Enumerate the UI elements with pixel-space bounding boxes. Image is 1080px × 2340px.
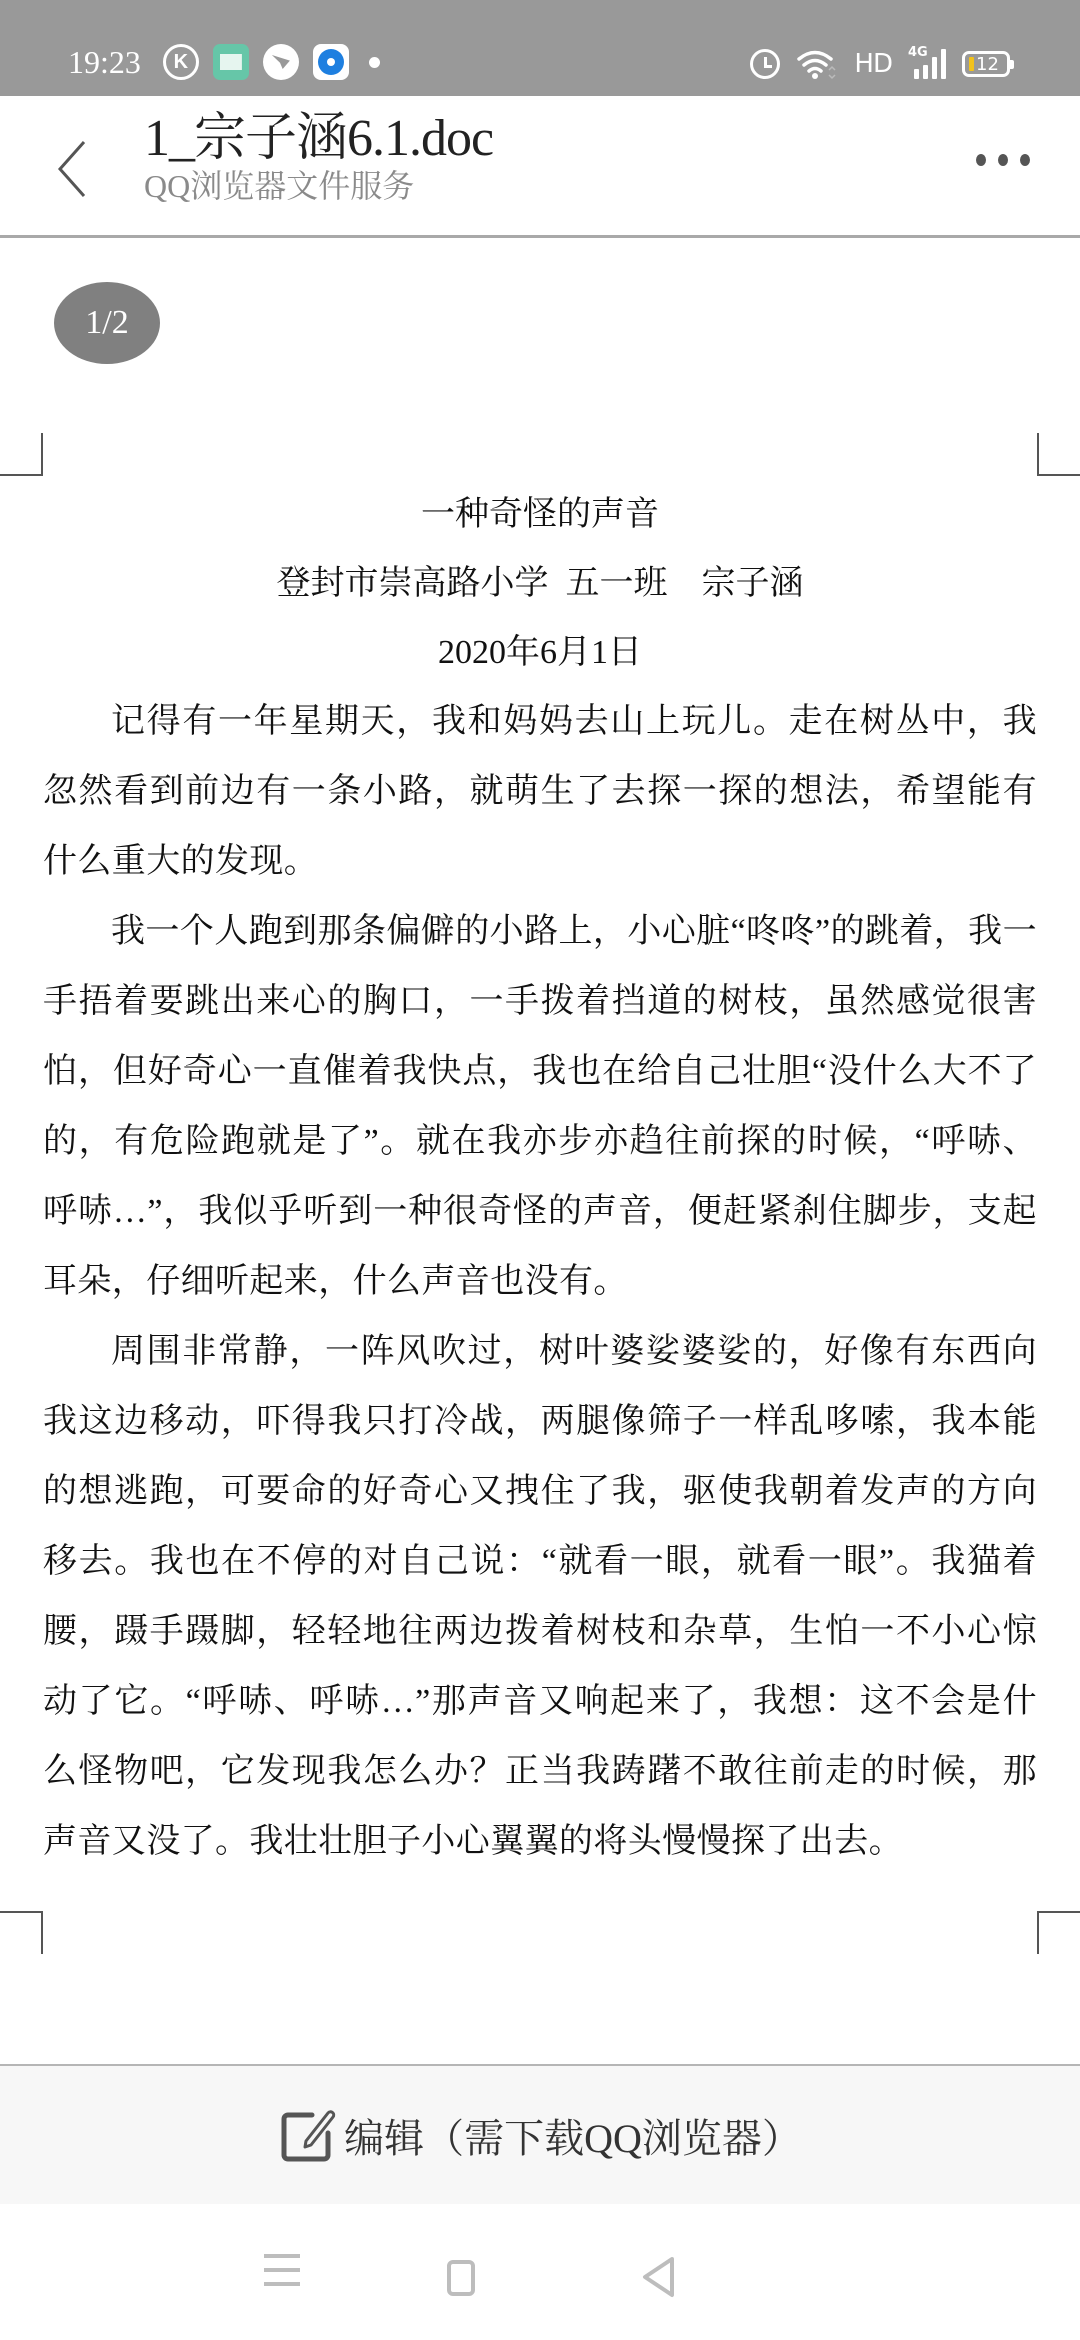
more-dot-icon: [369, 57, 380, 68]
essay-paragraph: 周围非常静，一阵风吹过，树叶婆娑婆娑的，好像有东西向我这边移动，吓得我只打冷战，…: [43, 1317, 1037, 1877]
page-corner-mark-top-right: [1037, 433, 1080, 476]
status-bar: 19:23 K HD 4G 12: [0, 0, 1080, 96]
menu-icon[interactable]: [264, 2252, 300, 2288]
home-icon[interactable]: [447, 2260, 475, 2296]
essay-date: 2020年6月1日: [43, 618, 1037, 687]
4g-signal-icon: 4G: [908, 49, 946, 79]
chevron-left-icon[interactable]: [48, 134, 98, 204]
page-corner-mark-top-left: [0, 433, 43, 476]
edit-button[interactable]: 编辑（需下载QQ浏览器）: [0, 2064, 1080, 2204]
essay-author-line: 登封市崇高路小学 五一班 宗子涵: [43, 549, 1037, 618]
network-type-label: 4G: [908, 45, 928, 60]
app-header: 1_宗子涵6.1.doc QQ浏览器文件服务: [0, 96, 1080, 238]
wing-app-icon: [263, 44, 299, 80]
essay-paragraph: 我一个人跑到那条偏僻的小路上，小心脏“咚咚”的跳着，我一手捂着要跳出来心的胸口，…: [43, 897, 1037, 1317]
document-page: 一种奇怪的声音 登封市崇高路小学 五一班 宗子涵 2020年6月1日 记得有一年…: [43, 480, 1037, 1877]
document-subtitle: QQ浏览器文件服务: [144, 166, 414, 206]
document-title: 1_宗子涵6.1.doc: [144, 108, 493, 170]
page-indicator: 1/2: [54, 282, 160, 364]
k-circle-icon: K: [163, 44, 199, 80]
back-triangle-icon[interactable]: [640, 2256, 676, 2298]
more-horizontal-icon[interactable]: [976, 154, 1030, 166]
edit-button-label: 编辑（需下载QQ浏览器）: [344, 2107, 802, 2164]
status-right: HD 4G 12: [750, 48, 1010, 80]
alarm-icon: [750, 49, 780, 79]
battery-icon: 12: [962, 51, 1010, 77]
essay-title: 一种奇怪的声音: [43, 480, 1037, 549]
wifi-icon: [796, 48, 838, 80]
page-corner-mark-bottom-left: [0, 1911, 43, 1954]
essay-paragraph: 记得有一年星期天，我和妈妈去山上玩儿。走在树丛中，我忽然看到前边有一条小路，就萌…: [43, 687, 1037, 897]
hd-icon: HD: [854, 49, 892, 79]
blue-circle-app-icon: [313, 44, 349, 80]
message-app-icon: [213, 44, 249, 80]
status-left: 19:23 K: [68, 44, 380, 80]
edit-icon: [278, 2105, 338, 2165]
battery-level: 12: [976, 54, 999, 75]
system-nav-bar: [0, 2204, 1080, 2340]
page-corner-mark-bottom-right: [1037, 1911, 1080, 1954]
status-time: 19:23: [68, 45, 141, 79]
